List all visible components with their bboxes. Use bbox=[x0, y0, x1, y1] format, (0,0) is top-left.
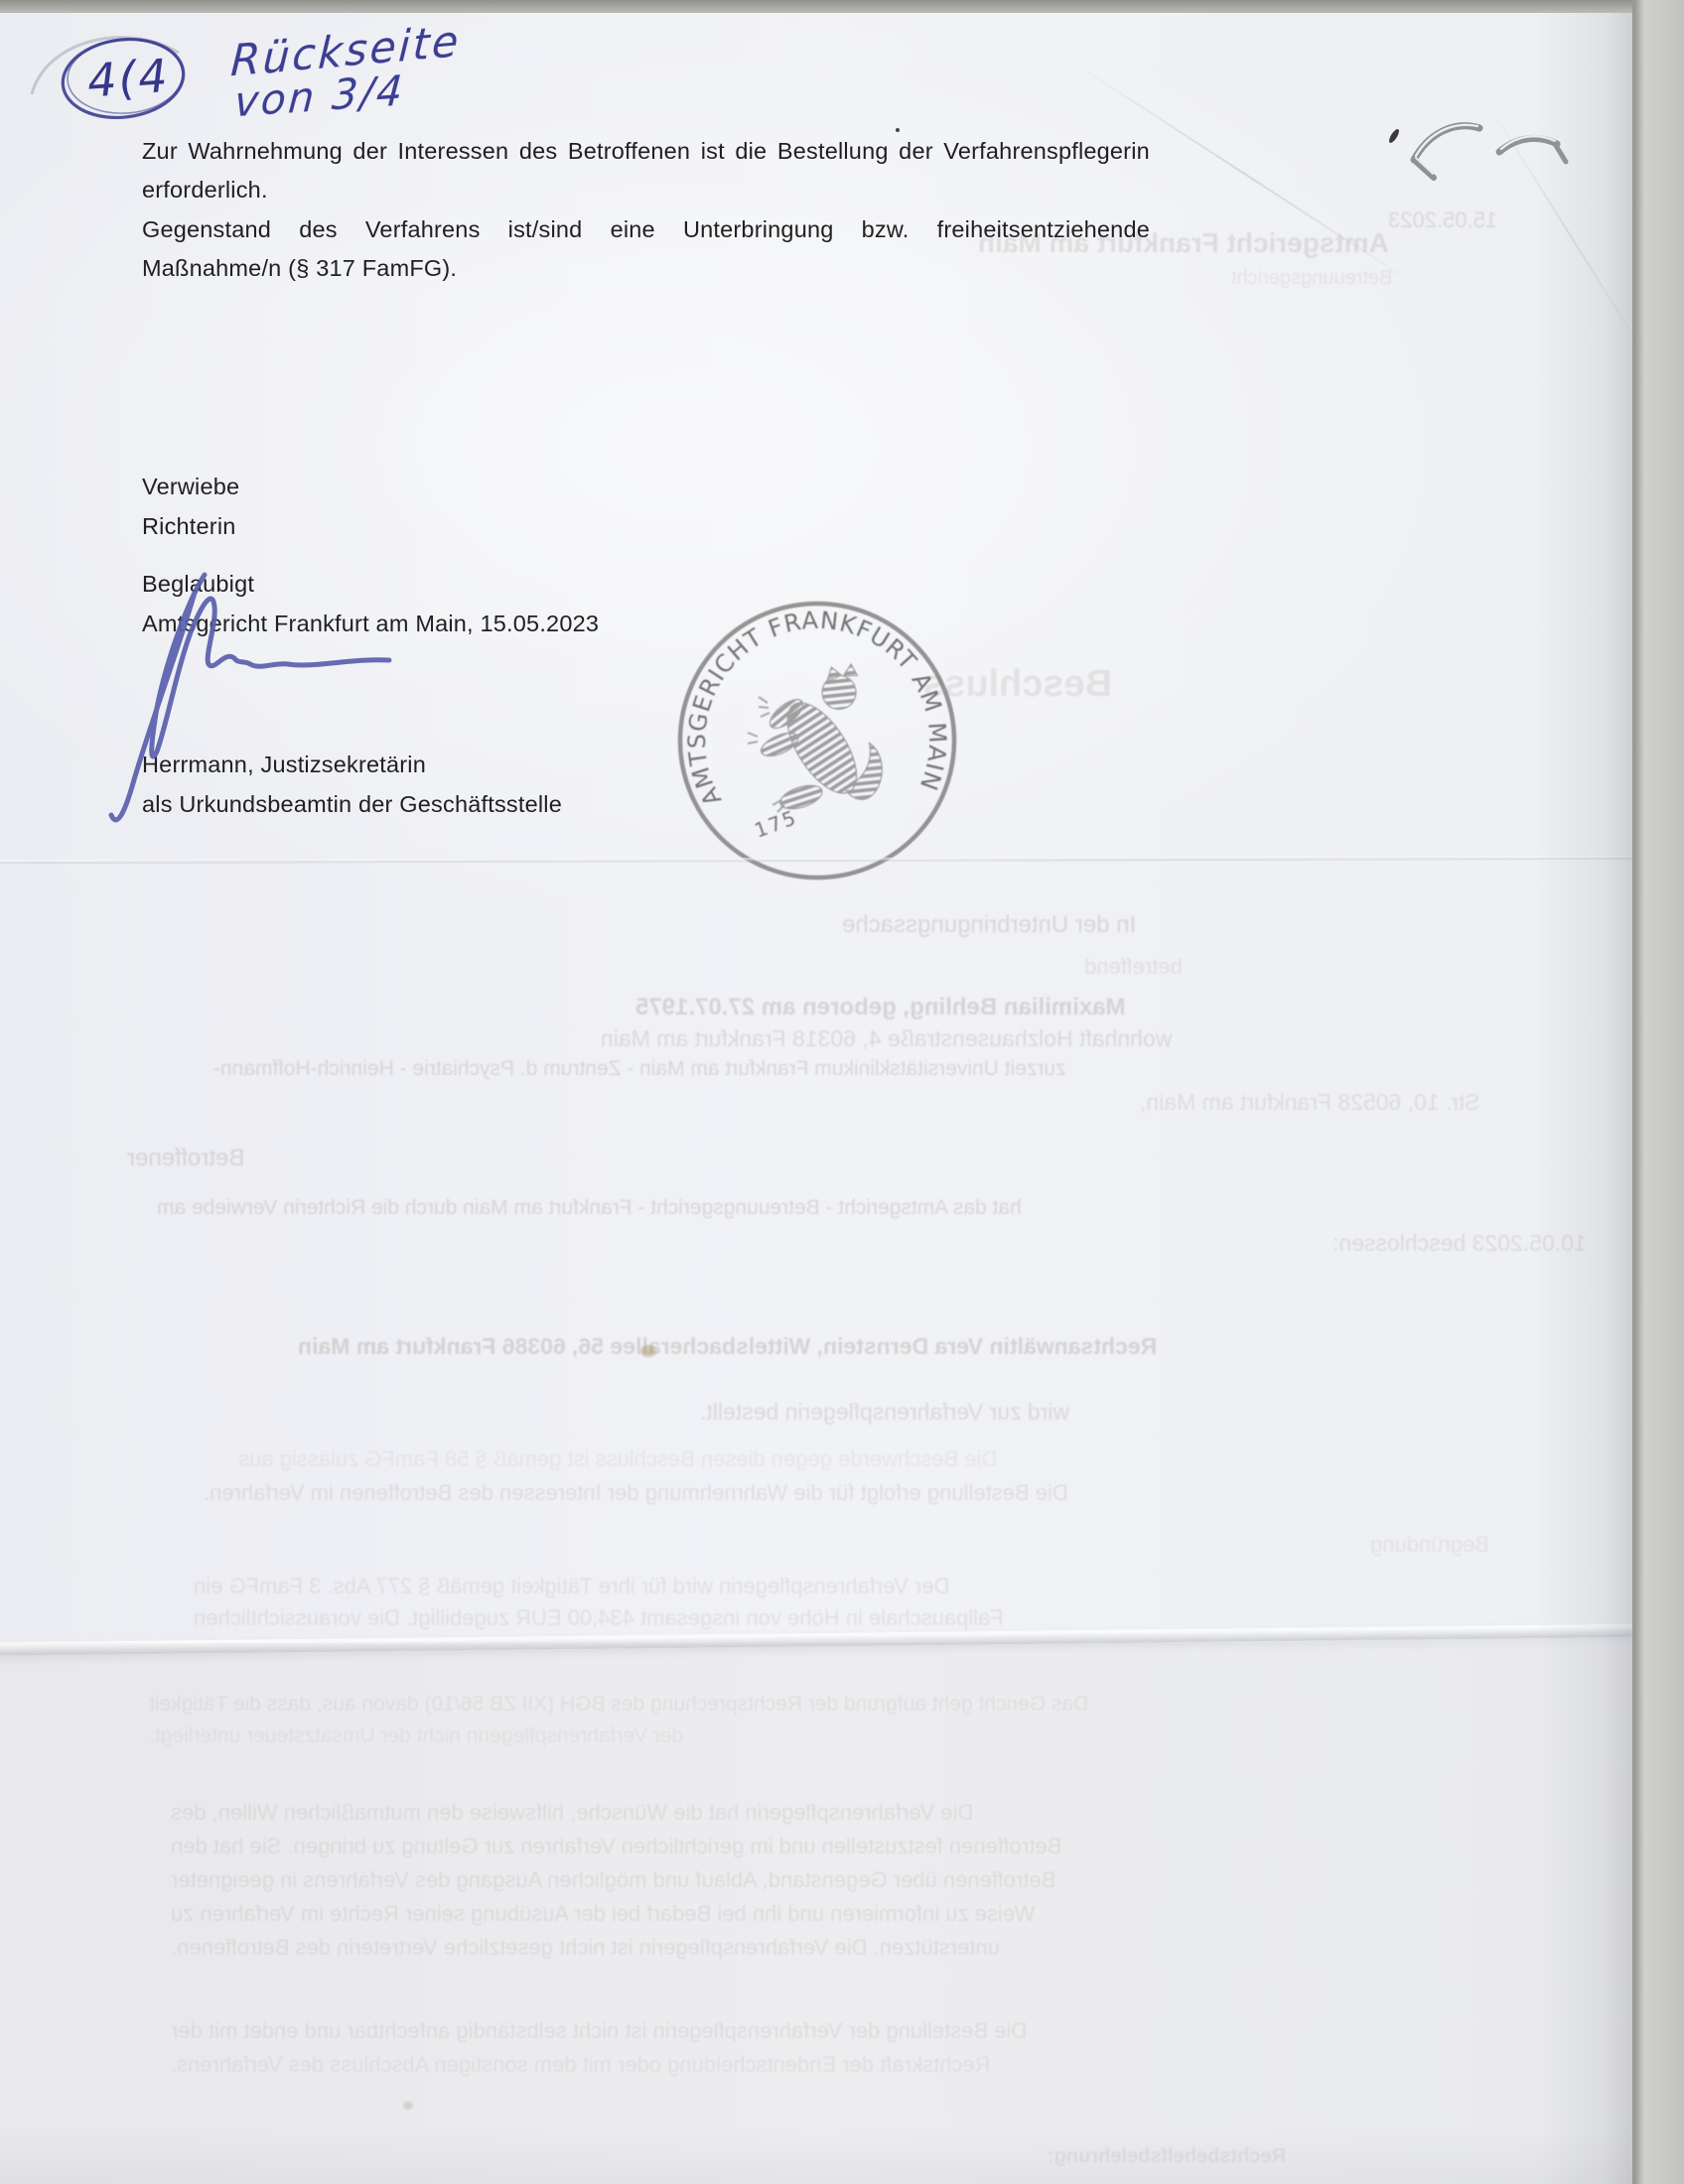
paragraph-1-line-2: erforderlich. bbox=[142, 171, 1150, 208]
bleedthrough-line: Die Bestellung erfolgt für die Wahrnehmu… bbox=[204, 1480, 1068, 1506]
bleedthrough-line: Der Verfahrenspflegerin wird für ihre Tä… bbox=[194, 1573, 949, 1599]
ink-speck bbox=[1387, 128, 1401, 145]
bleedthrough-line: Begründung bbox=[1370, 1532, 1489, 1558]
bleedthrough-line: Maximilian Behling, geboren am 27.07.197… bbox=[635, 994, 1126, 1022]
bleedthrough-line: Str. 10, 60528 Frankfurt am Main, bbox=[1140, 1089, 1480, 1116]
bleedthrough-line: zurzeit Universitätsklinikum Frankfurt a… bbox=[213, 1057, 1066, 1081]
bleedthrough-line: wird zur Verfahrenspflegerin bestellt. bbox=[700, 1399, 1069, 1426]
stamp-lion-icon bbox=[751, 662, 886, 815]
bleedthrough-line: Betreuungsgericht bbox=[1231, 267, 1392, 290]
scanned-court-document: { "page": { "annotation": { "badge": "4(… bbox=[0, 0, 1684, 2184]
scanner-edge-right bbox=[1632, 0, 1684, 2184]
annotation-badge: 4(4 bbox=[85, 49, 171, 108]
signature bbox=[87, 545, 415, 843]
judge-name: Verwiebe bbox=[142, 468, 239, 505]
bleedthrough-line: Betroffener bbox=[127, 1145, 244, 1172]
page-edge-shadow bbox=[1537, 13, 1632, 2184]
court-stamp: AMTSGERICHT FRANKFURT AM MAIN 175 bbox=[672, 592, 962, 882]
stain bbox=[640, 1345, 656, 1357]
scanner-edge-top bbox=[0, 0, 1684, 13]
judge-role: Richterin bbox=[142, 507, 236, 545]
bleedthrough-line: hat das Amtsgericht - Betreuungsgericht … bbox=[157, 1196, 1022, 1220]
page-edge-shadow bbox=[0, 2127, 1632, 2184]
document-page: 15.05.2023Amtsgericht Frankfurt am MainB… bbox=[0, 13, 1632, 2184]
stamp-number: 175 bbox=[752, 805, 801, 843]
ink-speck bbox=[896, 128, 900, 132]
paragraph-2-line-1: GegenstanddesVerfahrensist/sindeineUnter… bbox=[142, 210, 1150, 248]
paragraph-1-line-1: ZurWahrnehmungderInteressendesBetroffene… bbox=[142, 132, 1150, 170]
stain bbox=[403, 2102, 413, 2110]
bleedthrough-line: wohnhaft Holzhausenstraße 4, 60318 Frank… bbox=[601, 1025, 1172, 1052]
bleedthrough-line: In der Unterbringungssache bbox=[842, 911, 1136, 939]
bleedthrough-line: Fallpauschale in Höhe von insgesamt 434,… bbox=[194, 1605, 1004, 1631]
bleedthrough-line: Rechtsanwältin Vera Dernstein, Wittelsba… bbox=[298, 1333, 1157, 1360]
bleedthrough-line: betreffend bbox=[1084, 954, 1183, 980]
paragraph-2-line-2: Maßnahme/n (§ 317 FamFG). bbox=[142, 249, 1150, 287]
paper-tint bbox=[0, 1643, 1632, 2184]
bleedthrough-line: Die Beschwerde gegen diesen Beschluss is… bbox=[238, 1446, 997, 1472]
annotation-circle: 4(4 bbox=[46, 25, 205, 132]
